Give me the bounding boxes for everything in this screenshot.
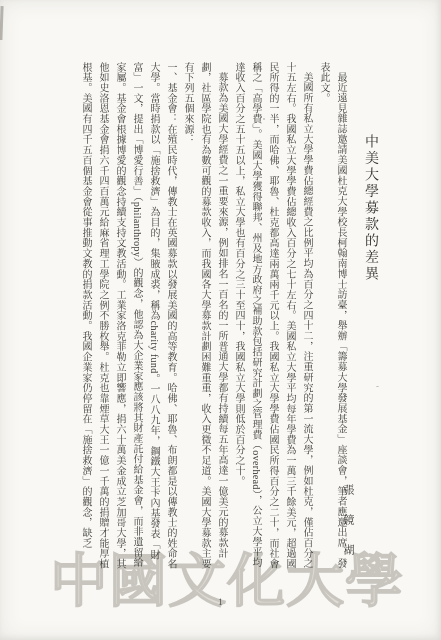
page-title: 中美大學募款的差異 <box>360 134 380 283</box>
scanned-page: 中國文化大學 中美大學募款的差異 張鏡湖 最近遠見雜誌邀請美國杜克大學校長柯翰南… <box>0 0 441 640</box>
article-body: 最近遠見雜誌邀請美國杜克大學校長柯翰南博士訪臺，舉辦「籌募大學發展基金」座談會，… <box>75 62 349 574</box>
paragraph: 美國所有私立大學學費佔總經費之比例平均為百分之四十二，注重研究的第一流大學，例如… <box>230 62 315 574</box>
scan-edge-artifact <box>0 6 4 40</box>
paragraph: 募款為美國大學經費之一重要來源，例如排名一百名的一所普通大學都有持續每五年高達一… <box>179 62 230 574</box>
author-name: 張鏡湖 <box>340 484 356 574</box>
page-number: 1 <box>0 597 441 607</box>
paragraph: 一、基金會：在殖民時代，傳教士在英國募款以發展美國的高等教育。哈佛、耶魯、布朗都… <box>77 62 179 574</box>
scan-speck <box>376 386 379 387</box>
